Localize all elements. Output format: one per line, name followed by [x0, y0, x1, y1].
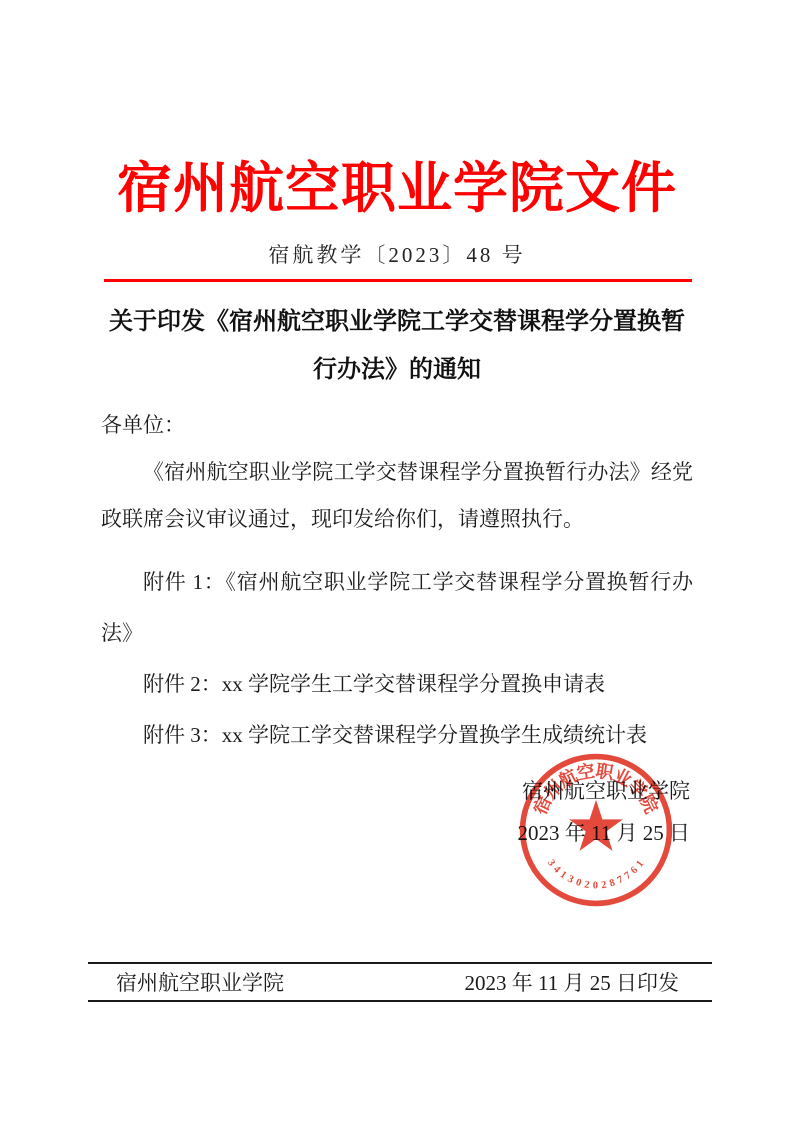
salutation: 各单位： [101, 402, 693, 449]
attachment-item-3: 附件 3：xx 学院工学交替课程学分置换学生成绩统计表 [101, 710, 693, 761]
signature-block: 宿州航空职业学院 2023 年 11 月 25 日 [518, 770, 690, 854]
signature-org: 宿州航空职业学院 [518, 770, 690, 812]
body-paragraph: 《宿州航空职业学院工学交替课程学分置换暂行办法》经党政联席会议审议通过，现印发给… [101, 449, 693, 543]
notice-title-line-1: 关于印发《宿州航空职业学院工学交替课程学分置换暂 [101, 298, 693, 346]
document-body: 各单位： 《宿州航空职业学院工学交替课程学分置换暂行办法》经党政联席会议审议通过… [101, 402, 693, 543]
attachment-item-1: 附件 1：《宿州航空职业学院工学交替课程学分置换暂行办法》 [101, 557, 693, 659]
notice-title: 关于印发《宿州航空职业学院工学交替课程学分置换暂 行办法》的通知 [101, 298, 693, 394]
notice-title-line-2: 行办法》的通知 [101, 346, 693, 394]
attachment-item-2: 附件 2：xx 学院学生工学交替课程学分置换申请表 [101, 659, 693, 710]
signature-date: 2023 年 11 月 25 日 [518, 812, 690, 854]
red-divider-line [104, 279, 692, 282]
seal-number-text: 3413020287761 [545, 858, 646, 892]
document-header-title: 宿州航空职业学院文件 [0, 144, 794, 223]
footer-org: 宿州航空职业学院 [116, 967, 284, 997]
attachments-list: 附件 1：《宿州航空职业学院工学交替课程学分置换暂行办法》 附件 2：xx 学院… [101, 557, 693, 761]
footer-print-date: 2023 年 11 月 25 日印发 [465, 967, 679, 997]
footer-bar: 宿州航空职业学院 2023 年 11 月 25 日印发 [88, 962, 712, 1002]
document-number: 宿航教学〔2023〕48 号 [0, 239, 794, 269]
seal-number-text-path: 3413020287761 [545, 858, 646, 892]
